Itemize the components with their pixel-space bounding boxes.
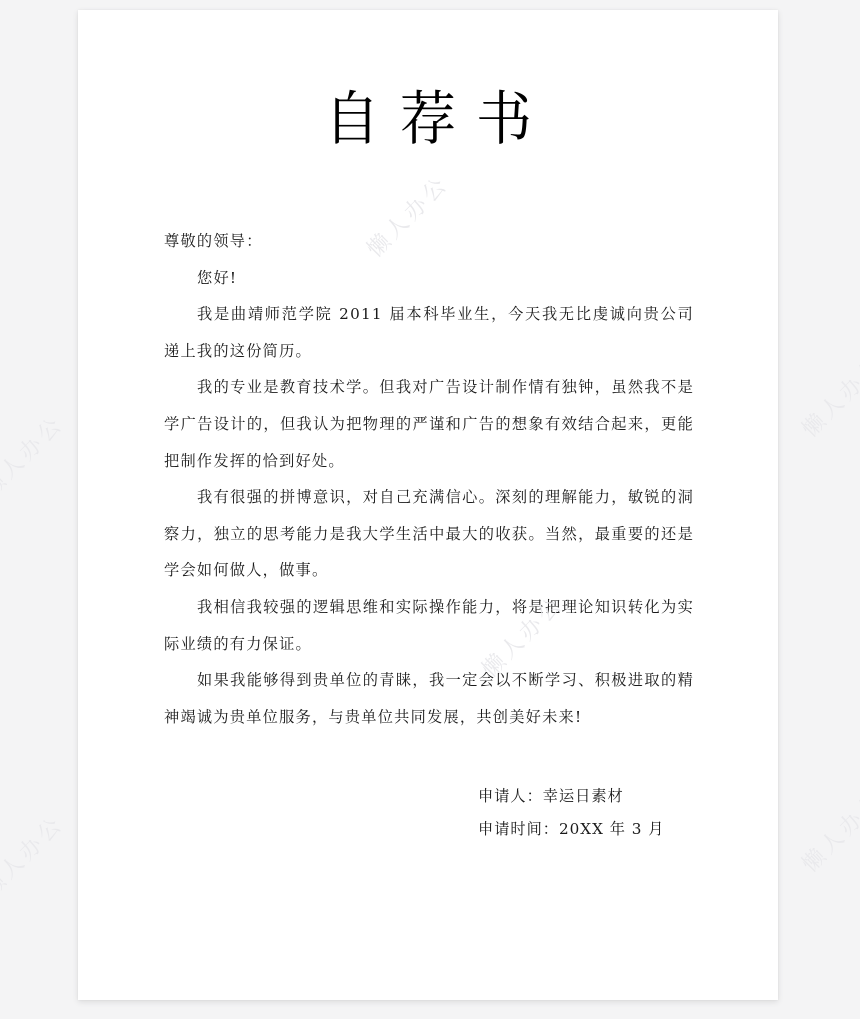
watermark: 懒人办公 [0, 808, 70, 903]
watermark: 懒人办公 [0, 408, 70, 503]
document-title: 自荐书 [78, 86, 778, 153]
date-line: 申请时间：20XX 年 3 月 [478, 813, 664, 846]
paragraph-2: 我的专业是教育技术学。但我对广告设计制作情有独钟，虽然我不是学广告设计的，但我认… [164, 369, 694, 479]
greeting: 您好! [164, 260, 694, 297]
watermark: 懒人办公 [794, 348, 860, 443]
letter-body: 尊敬的领导： 您好! 我是曲靖师范学院 2011 届本科毕业生，今天我无比虔诚向… [164, 223, 694, 735]
document-page: 自荐书 尊敬的领导： 您好! 我是曲靖师范学院 2011 届本科毕业生，今天我无… [78, 10, 778, 1000]
salutation: 尊敬的领导： [164, 223, 694, 260]
watermark: 懒人办公 [794, 783, 860, 878]
paragraph-5: 如果我能够得到贵单位的青睐，我一定会以不断学习、积极进取的精神竭诚为贵单位服务，… [164, 662, 694, 735]
signature-block: 申请人：幸运日素材 申请时间：20XX 年 3 月 [478, 780, 664, 846]
paragraph-4: 我相信我较强的逻辑思维和实际操作能力，将是把理论知识转化为实际业绩的有力保证。 [164, 589, 694, 662]
paragraph-3: 我有很强的拼博意识，对自己充满信心。深刻的理解能力，敏锐的洞察力，独立的思考能力… [164, 479, 694, 589]
paragraph-1: 我是曲靖师范学院 2011 届本科毕业生，今天我无比虔诚向贵公司递上我的这份简历… [164, 296, 694, 369]
applicant-line: 申请人：幸运日素材 [478, 780, 664, 813]
